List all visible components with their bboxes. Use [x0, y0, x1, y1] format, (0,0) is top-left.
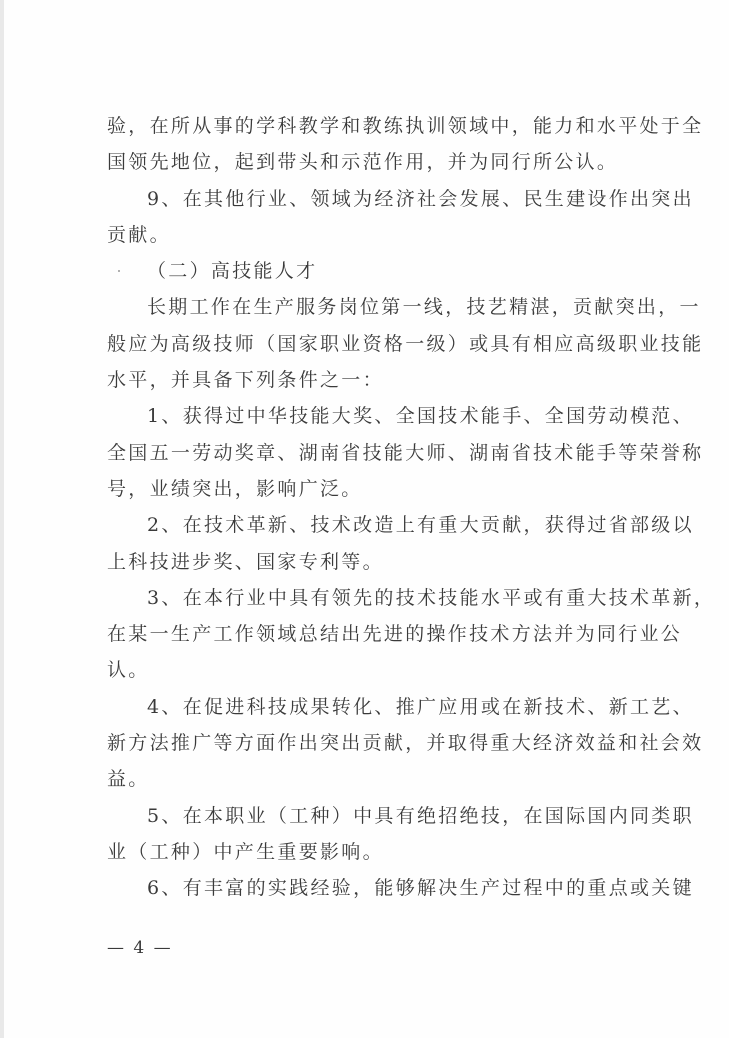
body-text: 验，在所从事的学科教学和教练执训领域中，能力和水平处于全 国领先地位，起到带头和… [107, 108, 647, 907]
page-number: — 4 — [107, 938, 173, 958]
text-line: 贡献。 [107, 217, 647, 253]
text-line: 益。 [107, 761, 647, 797]
scan-edge [0, 0, 4, 1038]
text-line: 6、有丰富的实践经验，能够解决生产过程中的重点或关键 [107, 870, 647, 906]
text-line: 业（工种）中产生重要影响。 [107, 834, 647, 870]
text-line: 9、在其他行业、领域为经济社会发展、民生建设作出突出 [107, 181, 647, 217]
text-line: 1、获得过中华技能大奖、全国技术能手、全国劳动模范、 [107, 398, 647, 434]
text-line: 号，业绩突出，影响广泛。 [107, 471, 647, 507]
text-line: 水平，并具备下列条件之一： [107, 362, 647, 398]
text-line: 4、在促进科技成果转化、推广应用或在新技术、新工艺、 [107, 689, 647, 725]
document-page: 验，在所从事的学科教学和教练执训领域中，能力和水平处于全 国领先地位，起到带头和… [0, 0, 729, 1038]
text-line: 长期工作在生产服务岗位第一线，技艺精湛，贡献突出，一 [107, 289, 647, 325]
text-line: 全国五一劳动奖章、湖南省技能大师、湖南省技术能手等荣誉称 [107, 435, 647, 471]
text-line: 5、在本职业（工种）中具有绝招绝技，在国际国内同类职 [107, 798, 647, 834]
text-line: 2、在技术革新、技术改造上有重大贡献，获得过省部级以 [107, 507, 647, 543]
text-line: 认。 [107, 652, 647, 688]
text-line: 在某一生产工作领域总结出先进的操作技术方法并为同行业公 [107, 616, 647, 652]
text-line: 般应为高级技师（国家职业资格一级）或具有相应高级职业技能 [107, 326, 647, 362]
text-line: 3、在本行业中具有领先的技术技能水平或有重大技术革新， [107, 580, 647, 616]
section-heading: （二）高技能人才 [107, 253, 647, 289]
text-line: 新方法推广等方面作出突出贡献，并取得重大经济效益和社会效 [107, 725, 647, 761]
text-line: 国领先地位，起到带头和示范作用，并为同行所公认。 [107, 144, 647, 180]
text-line: 验，在所从事的学科教学和教练执训领域中，能力和水平处于全 [107, 108, 647, 144]
text-line: 上科技进步奖、国家专利等。 [107, 544, 647, 580]
